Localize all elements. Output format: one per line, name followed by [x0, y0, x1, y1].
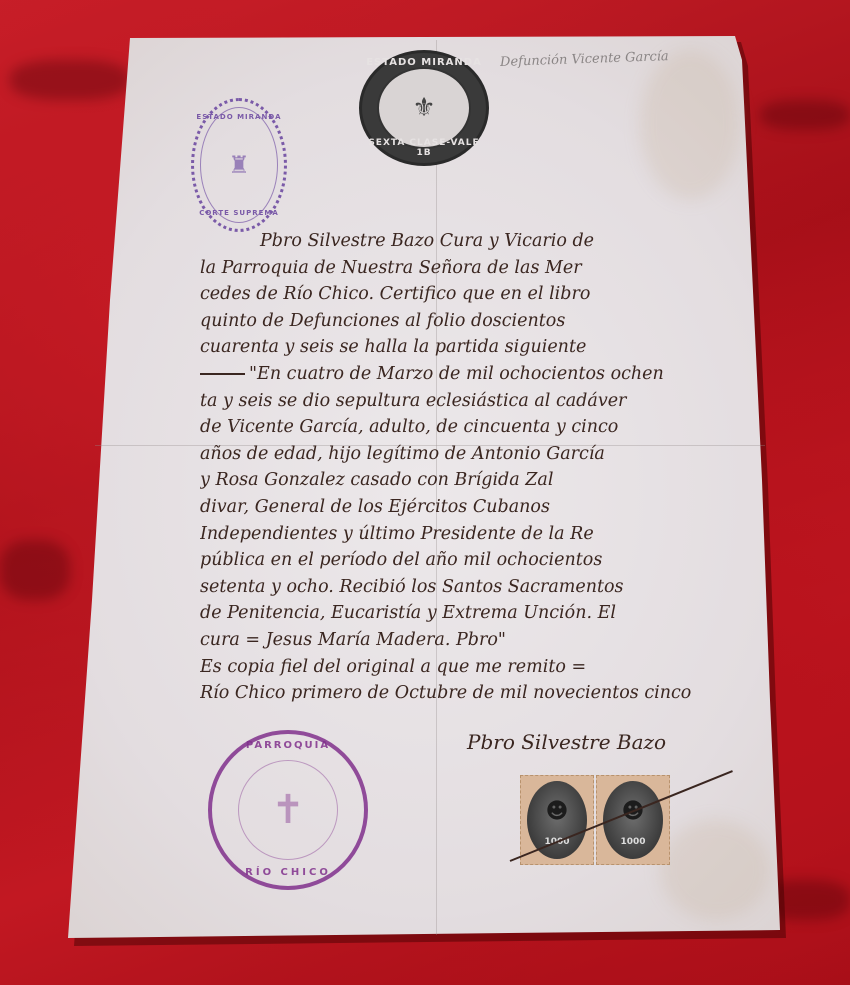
- body-line: ta y seis se dio sepultura eclesiástica …: [200, 388, 765, 415]
- body-line: cuarenta y seis se halla la partida sigu…: [200, 334, 765, 361]
- seal-bottom-text: SEXTA CLASE-VALE 1B: [362, 138, 486, 158]
- body-line: de Penitencia, Eucaristía y Extrema Unci…: [200, 600, 765, 627]
- embossed-seal: ESTADO MIRANDA ⚜ SEXTA CLASE-VALE 1B: [359, 50, 489, 166]
- dash-rule: [200, 373, 245, 375]
- round-stamp-top-text: PARROQUIA: [212, 740, 364, 751]
- cloth-fold: [760, 100, 850, 130]
- body-line: pública en el período del año mil ochoci…: [200, 547, 765, 574]
- saint-figure-icon: ✝: [271, 787, 305, 833]
- body-line: Es copia fiel del original a que me remi…: [200, 654, 765, 681]
- body-line: "En cuatro de Marzo de mil ochocientos o…: [249, 364, 664, 384]
- coat-of-arms-icon: ♜: [228, 151, 250, 179]
- body-line: la Parroquia de Nuestra Señora de las Me…: [200, 255, 765, 282]
- round-parish-stamp: PARROQUIA ✝ RÍO CHICO: [208, 730, 368, 890]
- stamp-value: 1000: [620, 837, 645, 847]
- body-line: y Rosa Gonzalez casado con Brígida Zal: [200, 467, 765, 494]
- body-line: Pbro Silvestre Bazo Cura y Vicario de: [200, 228, 765, 255]
- paper-stain: [640, 50, 740, 200]
- body-line: años de edad, hijo legítimo de Antonio G…: [200, 441, 765, 468]
- body-line: Independientes y último Presidente de la…: [200, 521, 765, 548]
- signature: Pbro Silvestre Bazo: [467, 730, 666, 754]
- body-line: de Vicente García, adulto, de cincuenta …: [200, 414, 765, 441]
- body-line: Río Chico primero de Octubre de mil nove…: [200, 680, 765, 707]
- certificate-body: Pbro Silvestre Bazo Cura y Vicario de la…: [200, 228, 765, 707]
- body-line: cura = Jesus María Madera. Pbro": [200, 627, 765, 654]
- body-line: cedes de Río Chico. Certifico que en el …: [200, 281, 765, 308]
- cloth-fold: [0, 540, 70, 600]
- body-line: setenta y ocho. Recibió los Santos Sacra…: [200, 574, 765, 601]
- oval-stamp-top-text: ESTADO MIRANDA: [194, 113, 284, 121]
- seal-top-text: ESTADO MIRANDA: [362, 57, 486, 68]
- portrait-icon: ☻: [546, 799, 569, 824]
- cloth-fold: [10, 60, 130, 100]
- coat-of-arms-icon: ⚜: [377, 67, 471, 149]
- revenue-stamps: ☻ 1000 ☻ 1000: [520, 775, 670, 865]
- body-line: divar, General de los Ejércitos Cubanos: [200, 494, 765, 521]
- round-stamp-bottom-text: RÍO CHICO: [212, 867, 364, 878]
- body-line: quinto de Defunciones al folio dosciento…: [200, 308, 765, 335]
- oval-purple-stamp: ESTADO MIRANDA ♜ CORTE SUPREMA: [191, 98, 287, 232]
- paper-stain: [660, 820, 770, 920]
- oval-stamp-bottom-text: CORTE SUPREMA: [194, 209, 284, 217]
